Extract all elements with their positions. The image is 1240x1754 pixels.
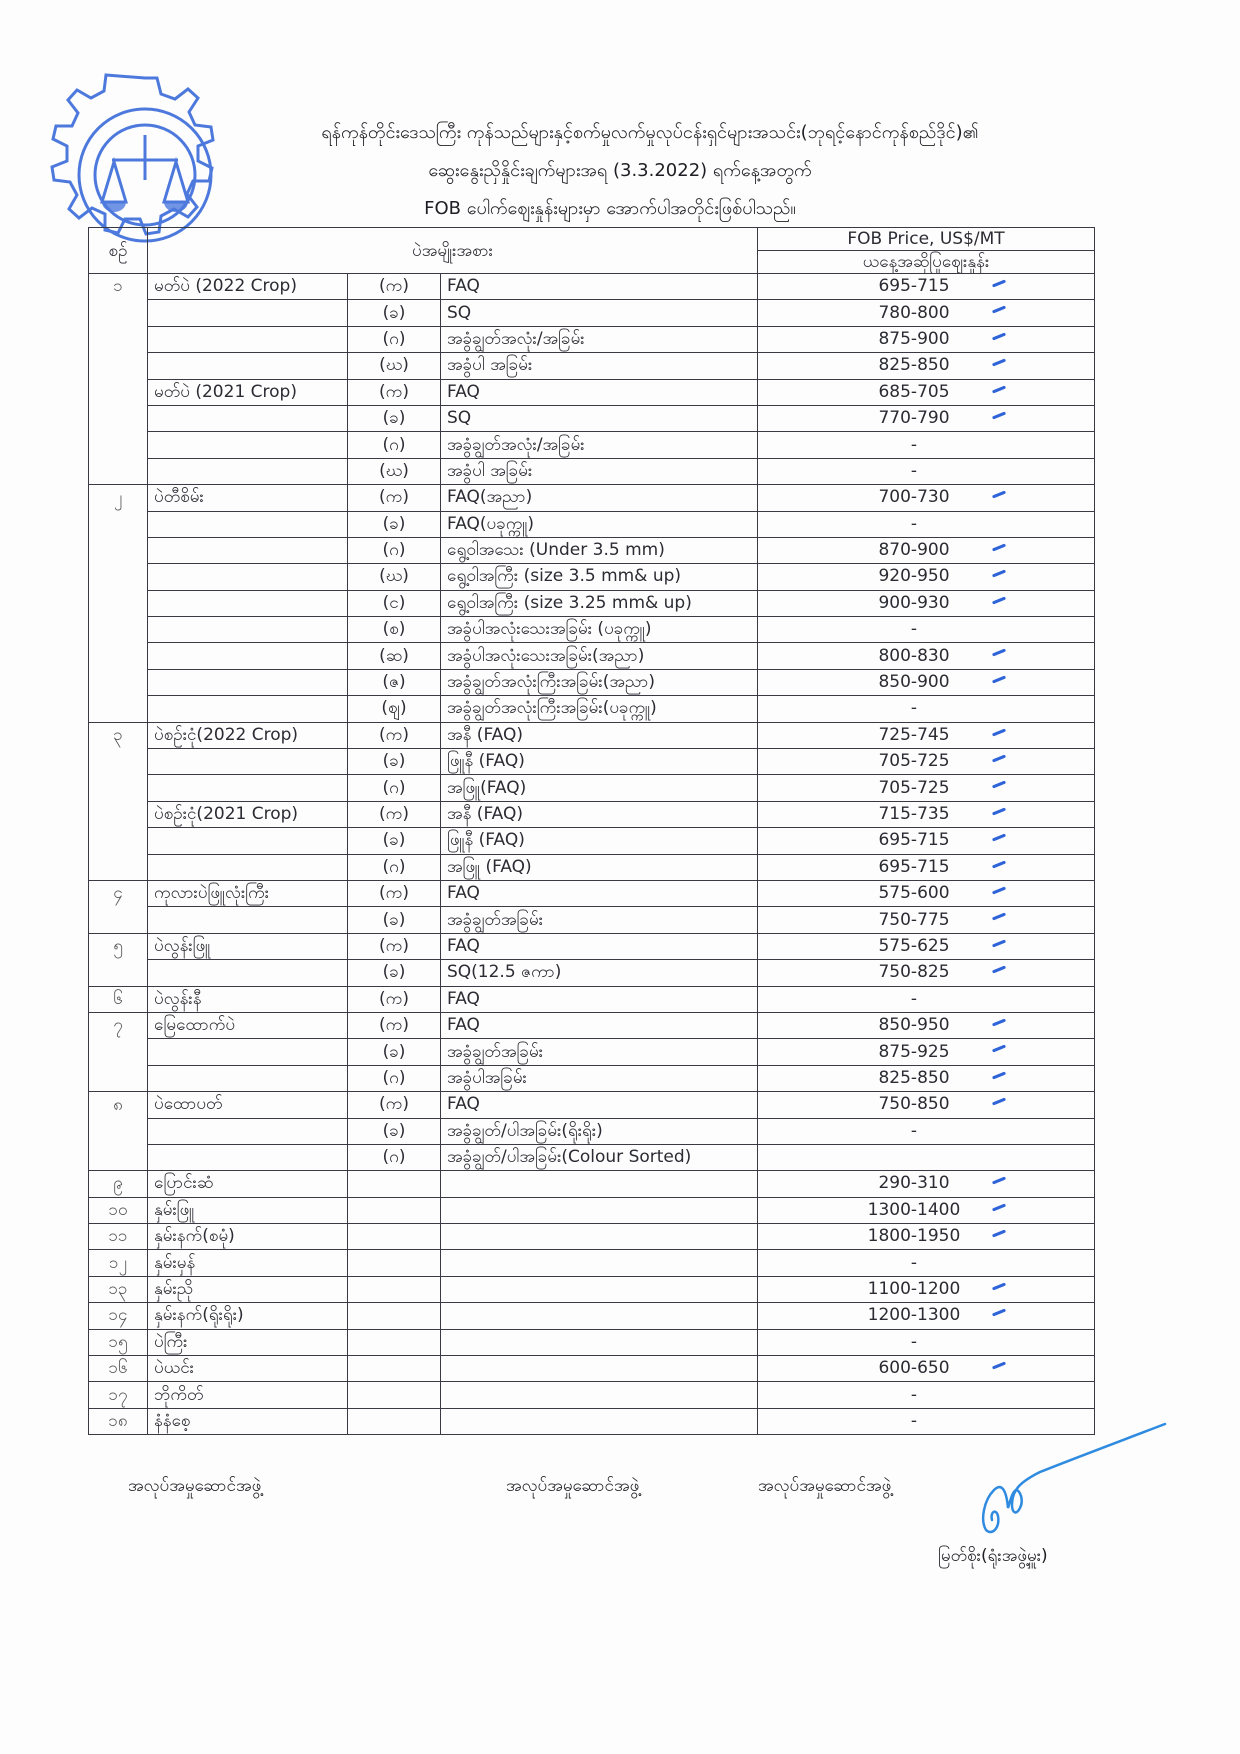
bean-type-cell: ပဲကြီး: [148, 1329, 348, 1355]
table-row: ၈ပဲထောပတ်(က)FAQ750-850: [89, 1092, 1095, 1118]
price-value: 770-790: [878, 408, 949, 428]
serial-no-cell: ၁: [89, 274, 148, 300]
price-value: 875-925: [878, 1042, 949, 1062]
grade-cell: အခွံပါ အခြမ်း: [441, 458, 758, 484]
bean-type-cell: ပဲထောပတ်: [148, 1092, 348, 1118]
price-value: 700-730: [878, 487, 949, 507]
check-mark-icon: [992, 1018, 1006, 1026]
table-row: ၃ပဲစဉ်းငုံ(2022 Crop)(က)အနီ (FAQ)725-745: [89, 722, 1095, 748]
bean-type-cell: [148, 353, 348, 379]
price-cell: 705-725: [758, 749, 1095, 775]
check-mark-icon: [992, 543, 1006, 551]
grade-cell: အခွံပါ အခြမ်း: [441, 353, 758, 379]
serial-no-cell: [89, 1065, 148, 1091]
signatory-label-2: အလုပ်အမှုဆောင်အဖွဲ့: [506, 1475, 639, 1500]
grade-letter-cell: (ခ): [348, 511, 441, 537]
price-cell: 575-600: [758, 880, 1095, 906]
bean-type-cell: ပဲစဉ်းငုံ(2022 Crop): [148, 722, 348, 748]
price-cell: 700-730: [758, 485, 1095, 511]
serial-no-cell: ၁၃: [89, 1276, 148, 1302]
serial-no-cell: [89, 326, 148, 352]
price-cell: 1100-1200: [758, 1276, 1095, 1302]
serial-no-cell: [89, 1118, 148, 1144]
bean-type-cell: ဘိုကိတ်: [148, 1382, 348, 1408]
bean-type-cell: [148, 458, 348, 484]
table-row: (ဂ)အခွံချွတ်/ပါအခြမ်း(Colour Sorted): [89, 1144, 1095, 1170]
grade-cell: SQ: [441, 300, 758, 326]
grade-letter-cell: [348, 1224, 441, 1250]
price-cell: -: [758, 1250, 1095, 1276]
table-body: ၁မတ်ပဲ (2022 Crop)(က)FAQ695-715(ခ)SQ780-…: [89, 274, 1095, 1435]
grade-letter-cell: [348, 1250, 441, 1276]
price-cell: 875-925: [758, 1039, 1095, 1065]
table-row: (ဃ)ရွေ့ဝါအကြီး (size 3.5 mm& up)920-950: [89, 564, 1095, 590]
serial-no-cell: ၇: [89, 1012, 148, 1038]
grade-letter-cell: (က): [348, 274, 441, 300]
grade-letter-cell: [348, 1197, 441, 1223]
grade-cell: ဖြူနီ (FAQ): [441, 828, 758, 854]
price-cell: 850-950: [758, 1012, 1095, 1038]
grade-cell: အခွံချွတ်အခြမ်း: [441, 907, 758, 933]
serial-no-cell: [89, 564, 148, 590]
check-mark-icon: [992, 1045, 1006, 1053]
grade-cell: အခွံချွတ်အလုံးကြီးအခြမ်း(အညာ): [441, 669, 758, 695]
table-row: (ခ)အခွံချွတ်အခြမ်း875-925: [89, 1039, 1095, 1065]
grade-cell: SQ: [441, 405, 758, 431]
price-cell: -: [758, 432, 1095, 458]
grade-letter-cell: (ဂ): [348, 854, 441, 880]
bean-type-cell: [148, 643, 348, 669]
price-value: 825-850: [878, 1068, 949, 1088]
serial-no-cell: [89, 353, 148, 379]
bean-type-cell: [148, 854, 348, 880]
table-row: (ဃ)အခွံပါ အခြမ်း-: [89, 458, 1095, 484]
table-row: ၁၃နှမ်းညို1100-1200: [89, 1276, 1095, 1302]
grade-letter-cell: (င): [348, 590, 441, 616]
price-cell: -: [758, 1118, 1095, 1144]
check-mark-icon: [992, 411, 1006, 419]
price-value: 900-930: [878, 593, 949, 613]
table-row: (ခ)SQ770-790: [89, 405, 1095, 431]
price-cell: 575-625: [758, 933, 1095, 959]
price-cell: 725-745: [758, 722, 1095, 748]
grade-cell: အခွံချွတ်အလုံး/အခြမ်း: [441, 432, 758, 458]
price-cell: -: [758, 1329, 1095, 1355]
check-mark-icon: [992, 939, 1006, 947]
price-value: 750-825: [878, 962, 949, 982]
serial-no-cell: [89, 300, 148, 326]
table-row: ၉ပြောင်းဆံ290-310: [89, 1171, 1095, 1197]
table-row: (ဂ)အခွံချွတ်အလုံး/အခြမ်း875-900: [89, 326, 1095, 352]
grade-letter-cell: (က): [348, 485, 441, 511]
grade-cell: အဖြူ(FAQ): [441, 775, 758, 801]
check-mark-icon: [992, 755, 1006, 763]
table-row: (ဂ)ရွေ့ဝါအသေး (Under 3.5 mm)870-900: [89, 537, 1095, 563]
serial-no-cell: [89, 590, 148, 616]
table-row: (စ)အခွံပါအလုံးသေးအခြမ်း (ပခုက္ကူ)-: [89, 617, 1095, 643]
grade-letter-cell: (ခ): [348, 960, 441, 986]
serial-no-cell: [89, 379, 148, 405]
table-row: (ဆ)အခွံပါအလုံးသေးအခြမ်း(အညာ)800-830: [89, 643, 1095, 669]
check-mark-icon: [992, 596, 1006, 604]
grade-letter-cell: (က): [348, 880, 441, 906]
bean-type-cell: ပဲလွန်းဖြူ: [148, 933, 348, 959]
check-mark-icon: [992, 385, 1006, 393]
grade-cell: ရွေ့ဝါအကြီး (size 3.25 mm& up): [441, 590, 758, 616]
check-mark-icon: [992, 649, 1006, 657]
document-title-line-2: ဆွေးနွေးညှိနှိုင်းချက်များအရ (3.3.2022) …: [0, 158, 1240, 185]
table-row: (ဂ)အဖြူ (FAQ)695-715: [89, 854, 1095, 880]
table-row: (ခ)ဖြူနီ (FAQ)705-725: [89, 749, 1095, 775]
table-row: ၁၀နှမ်းဖြူ1300-1400: [89, 1197, 1095, 1223]
grade-cell: [441, 1303, 758, 1329]
price-cell: 900-930: [758, 590, 1095, 616]
serial-no-cell: ၁၄: [89, 1303, 148, 1329]
grade-letter-cell: (က): [348, 722, 441, 748]
grade-letter-cell: (ဃ): [348, 564, 441, 590]
price-cell: 850-900: [758, 669, 1095, 695]
check-mark-icon: [992, 491, 1006, 499]
price-cell: 825-850: [758, 1065, 1095, 1091]
check-mark-icon: [992, 834, 1006, 842]
table-row: ၂ပဲတီစိမ်း(က)FAQ(အညာ)700-730: [89, 485, 1095, 511]
check-mark-icon: [992, 279, 1006, 287]
bean-type-cell: [148, 537, 348, 563]
bean-type-cell: [148, 828, 348, 854]
bean-type-cell: ပဲစဉ်းငုံ(2021 Crop): [148, 801, 348, 827]
serial-no-cell: ၄: [89, 880, 148, 906]
price-value: 1800-1950: [868, 1226, 961, 1246]
grade-letter-cell: (ခ): [348, 749, 441, 775]
grade-cell: ရွေ့ဝါအကြီး (size 3.5 mm& up): [441, 564, 758, 590]
serial-no-cell: [89, 696, 148, 722]
price-value: 825-850: [878, 355, 949, 375]
grade-letter-cell: [348, 1171, 441, 1197]
grade-cell: အခွံပါအခြမ်း: [441, 1065, 758, 1091]
grade-letter-cell: [348, 1303, 441, 1329]
price-value: 695-715: [878, 857, 949, 877]
serial-no-cell: [89, 907, 148, 933]
grade-letter-cell: (က): [348, 1012, 441, 1038]
grade-letter-cell: (ခ): [348, 907, 441, 933]
bean-type-cell: [148, 564, 348, 590]
grade-cell: အခွံချွတ်အခြမ်း: [441, 1039, 758, 1065]
serial-no-cell: [89, 749, 148, 775]
price-value: 575-600: [878, 883, 949, 903]
grade-cell: ဖြူနီ (FAQ): [441, 749, 758, 775]
bean-type-cell: [148, 432, 348, 458]
serial-no-cell: ၉: [89, 1171, 148, 1197]
price-cell: -: [758, 696, 1095, 722]
price-value: -: [911, 461, 917, 481]
fob-price-table: စဉ် ပဲအမျိုးအစား FOB Price, US$/MT ယနေ့အ…: [88, 227, 1095, 1435]
price-cell: 1800-1950: [758, 1224, 1095, 1250]
serial-no-cell: [89, 775, 148, 801]
check-mark-icon: [992, 332, 1006, 340]
price-value: -: [911, 989, 917, 1009]
header-fob-price: FOB Price, US$/MT: [758, 228, 1095, 251]
grade-letter-cell: (ခ): [348, 828, 441, 854]
bean-type-cell: ကုလားပဲဖြူလုံးကြီး: [148, 880, 348, 906]
price-cell: 1300-1400: [758, 1197, 1095, 1223]
table-row: (ဇ)အခွံချွတ်အလုံးကြီးအခြမ်း(အညာ)850-900: [89, 669, 1095, 695]
price-cell: 695-715: [758, 274, 1095, 300]
grade-cell: FAQ: [441, 379, 758, 405]
bean-type-cell: ပြောင်းဆံ: [148, 1171, 348, 1197]
serial-no-cell: ၃: [89, 722, 148, 748]
grade-cell: FAQ: [441, 1012, 758, 1038]
price-value: 875-900: [878, 329, 949, 349]
table-row: ၁မတ်ပဲ (2022 Crop)(က)FAQ695-715: [89, 274, 1095, 300]
table-row: ၁၅ပဲကြီး-: [89, 1329, 1095, 1355]
price-value: -: [911, 1121, 917, 1141]
serial-no-cell: [89, 537, 148, 563]
grade-letter-cell: (ဂ): [348, 775, 441, 801]
grade-cell: အနီ (FAQ): [441, 722, 758, 748]
price-value: 850-900: [878, 672, 949, 692]
grade-letter-cell: (ဃ): [348, 458, 441, 484]
price-value: 850-950: [878, 1015, 949, 1035]
grade-letter-cell: (ဂ): [348, 1065, 441, 1091]
grade-cell: ရွေ့ဝါအသေး (Under 3.5 mm): [441, 537, 758, 563]
bean-type-cell: မတ်ပဲ (2021 Crop): [148, 379, 348, 405]
grade-cell: FAQ: [441, 880, 758, 906]
price-cell: 685-705: [758, 379, 1095, 405]
bean-type-cell: [148, 1065, 348, 1091]
bean-type-cell: [148, 617, 348, 643]
bean-type-cell: ပဲလွန်းနီ: [148, 986, 348, 1012]
check-mark-icon: [992, 570, 1006, 578]
bean-type-cell: [148, 511, 348, 537]
check-mark-icon: [992, 1230, 1006, 1238]
grade-letter-cell: (ခ): [348, 1118, 441, 1144]
price-value: 870-900: [878, 540, 949, 560]
price-value: 1200-1300: [868, 1305, 961, 1325]
table-row: ၄ကုလားပဲဖြူလုံးကြီး(က)FAQ575-600: [89, 880, 1095, 906]
grade-letter-cell: (က): [348, 986, 441, 1012]
bean-type-cell: [148, 405, 348, 431]
serial-no-cell: ၅: [89, 933, 148, 959]
serial-no-cell: [89, 511, 148, 537]
price-cell: 600-650: [758, 1356, 1095, 1382]
grade-cell: အခွံချွတ်အလုံး/အခြမ်း: [441, 326, 758, 352]
bean-type-cell: မြေထောက်ပဲ: [148, 1012, 348, 1038]
price-cell: 695-715: [758, 854, 1095, 880]
price-value: 725-745: [878, 725, 949, 745]
price-value: 705-725: [878, 751, 949, 771]
grade-letter-cell: [348, 1276, 441, 1302]
serial-no-cell: ၁၂: [89, 1250, 148, 1276]
price-cell: 870-900: [758, 537, 1095, 563]
table-row: ၁၆ပဲယင်း600-650: [89, 1356, 1095, 1382]
price-value: -: [911, 1411, 917, 1431]
grade-letter-cell: (က): [348, 379, 441, 405]
price-cell: 695-715: [758, 828, 1095, 854]
check-mark-icon: [992, 886, 1006, 894]
bean-type-cell: နှမ်းနက်(စမုံ): [148, 1224, 348, 1250]
bean-type-cell: နှမ်းမှန်: [148, 1250, 348, 1276]
check-mark-icon: [992, 1177, 1006, 1185]
grade-letter-cell: (ဂ): [348, 326, 441, 352]
price-value: 685-705: [878, 382, 949, 402]
price-cell: 1200-1300: [758, 1303, 1095, 1329]
grade-cell: SQ(12.5 ဇကာ): [441, 960, 758, 986]
price-cell: -: [758, 511, 1095, 537]
grade-cell: [441, 1276, 758, 1302]
price-cell: 770-790: [758, 405, 1095, 431]
price-cell: -: [758, 986, 1095, 1012]
bean-type-cell: နံနံစေ့: [148, 1408, 348, 1434]
table-header-row-top: စဉ် ပဲအမျိုးအစား FOB Price, US$/MT: [89, 228, 1095, 251]
grade-cell: [441, 1382, 758, 1408]
check-mark-icon: [992, 1071, 1006, 1079]
serial-no-cell: ၈: [89, 1092, 148, 1118]
table-row: (ဈ)အခွံချွတ်အလုံးကြီးအခြမ်း(ပခုက္ကူ)-: [89, 696, 1095, 722]
serial-no-cell: [89, 1039, 148, 1065]
grade-cell: FAQ: [441, 274, 758, 300]
table-row: ၁၂နှမ်းမှန်-: [89, 1250, 1095, 1276]
handwritten-signature-icon: [920, 1390, 1180, 1540]
document-title-line-3: FOB ပေါက်ဈေးနှုန်းများမှာ အောက်ပါအတိုင်း…: [0, 196, 1230, 223]
price-cell: 750-775: [758, 907, 1095, 933]
table-row: ပဲစဉ်းငုံ(2021 Crop)(က)အနီ (FAQ)715-735: [89, 801, 1095, 827]
grade-letter-cell: (ဇ): [348, 669, 441, 695]
grade-letter-cell: (ဂ): [348, 1144, 441, 1170]
serial-no-cell: ၁၆: [89, 1356, 148, 1382]
grade-cell: အခွံပါအလုံးသေးအခြမ်း(အညာ): [441, 643, 758, 669]
serial-no-cell: ၁၇: [89, 1382, 148, 1408]
price-value: -: [911, 514, 917, 534]
grade-cell: [441, 1197, 758, 1223]
serial-no-cell: [89, 960, 148, 986]
grade-cell: [441, 1356, 758, 1382]
price-value: 780-800: [878, 303, 949, 323]
bean-type-cell: [148, 300, 348, 326]
serial-no-cell: [89, 854, 148, 880]
price-value: 1100-1200: [868, 1279, 961, 1299]
grade-letter-cell: (ဃ): [348, 353, 441, 379]
serial-no-cell: ၁၀: [89, 1197, 148, 1223]
bean-type-cell: ပဲယင်း: [148, 1356, 348, 1382]
bean-type-cell: [148, 775, 348, 801]
check-mark-icon: [992, 913, 1006, 921]
table-row: (ဂ)အဖြူ(FAQ)705-725: [89, 775, 1095, 801]
serial-no-cell: [89, 669, 148, 695]
grade-letter-cell: (ခ): [348, 300, 441, 326]
bean-type-cell: [148, 1118, 348, 1144]
grade-letter-cell: [348, 1408, 441, 1434]
price-cell: 920-950: [758, 564, 1095, 590]
grade-letter-cell: (ဈ): [348, 696, 441, 722]
serial-no-cell: [89, 458, 148, 484]
check-mark-icon: [992, 1362, 1006, 1370]
bean-type-cell: [148, 1144, 348, 1170]
grade-cell: အခွံချွတ်/ပါအခြမ်း(ရိုးရိုး): [441, 1118, 758, 1144]
bean-type-cell: နှမ်းဖြူ: [148, 1197, 348, 1223]
serial-no-cell: [89, 1144, 148, 1170]
bean-type-cell: [148, 749, 348, 775]
price-value: -: [911, 435, 917, 455]
table-row: (ဂ)အခွံပါအခြမ်း825-850: [89, 1065, 1095, 1091]
grade-letter-cell: [348, 1382, 441, 1408]
grade-letter-cell: (က): [348, 933, 441, 959]
grade-cell: [441, 1408, 758, 1434]
price-cell: 750-825: [758, 960, 1095, 986]
signatory-label-3: အလုပ်အမှုဆောင်အဖွဲ့: [758, 1475, 891, 1500]
document-title-line-1: ရန်ကုန်တိုင်းဒေသကြီး ကုန်သည်များနှင့်စက်…: [150, 120, 1150, 147]
grade-cell: အခွံပါအလုံးသေးအခြမ်း (ပခုက္ကူ): [441, 617, 758, 643]
check-mark-icon: [992, 966, 1006, 974]
price-cell: 750-850: [758, 1092, 1095, 1118]
price-value: -: [911, 1332, 917, 1352]
serial-no-cell: [89, 801, 148, 827]
price-cell: 290-310: [758, 1171, 1095, 1197]
grade-cell: [441, 1329, 758, 1355]
table-row: (ခ)SQ(12.5 ဇကာ)750-825: [89, 960, 1095, 986]
price-cell: -: [758, 458, 1095, 484]
price-cell: -: [758, 617, 1095, 643]
price-cell: 780-800: [758, 300, 1095, 326]
table-row: (ခ)SQ780-800: [89, 300, 1095, 326]
bean-type-cell: [148, 696, 348, 722]
check-mark-icon: [992, 807, 1006, 815]
grade-cell: အခွံချွတ်/ပါအခြမ်း(Colour Sorted): [441, 1144, 758, 1170]
price-cell: [758, 1144, 1095, 1170]
grade-letter-cell: [348, 1329, 441, 1355]
grade-letter-cell: [348, 1356, 441, 1382]
bean-type-cell: [148, 1039, 348, 1065]
price-cell: 705-725: [758, 775, 1095, 801]
grade-letter-cell: (စ): [348, 617, 441, 643]
grade-cell: [441, 1224, 758, 1250]
check-mark-icon: [992, 675, 1006, 683]
grade-cell: FAQ: [441, 1092, 758, 1118]
check-mark-icon: [992, 860, 1006, 868]
price-value: 290-310: [878, 1173, 949, 1193]
serial-no-cell: [89, 405, 148, 431]
serial-no-cell: [89, 617, 148, 643]
grade-letter-cell: (က): [348, 1092, 441, 1118]
price-value: 600-650: [878, 1358, 949, 1378]
serial-no-cell: [89, 643, 148, 669]
grade-cell: FAQ(အညာ): [441, 485, 758, 511]
bean-type-cell: [148, 907, 348, 933]
price-value: -: [911, 619, 917, 639]
price-value: 800-830: [878, 646, 949, 666]
bean-type-cell: [148, 960, 348, 986]
price-cell: 875-900: [758, 326, 1095, 352]
serial-no-cell: ၂: [89, 485, 148, 511]
price-value: -: [911, 1385, 917, 1405]
price-value: 1300-1400: [868, 1200, 961, 1220]
grade-cell: FAQ(ပခုက္ကူ): [441, 511, 758, 537]
price-value: 750-850: [878, 1094, 949, 1114]
serial-no-cell: ၁၅: [89, 1329, 148, 1355]
check-mark-icon: [992, 1282, 1006, 1290]
table-row: ၆ပဲလွန်းနီ(က)FAQ-: [89, 986, 1095, 1012]
signer-name: မြတ်စိုး(ရုံးအဖွဲ့မှူး): [938, 1545, 1048, 1570]
price-value: 695-715: [878, 276, 949, 296]
price-value: -: [911, 698, 917, 718]
bean-type-cell: [148, 590, 348, 616]
table-row: ၇မြေထောက်ပဲ(က)FAQ850-950: [89, 1012, 1095, 1038]
bean-type-cell: [148, 669, 348, 695]
serial-no-cell: ၆: [89, 986, 148, 1012]
price-value: 715-735: [878, 804, 949, 824]
price-value: 750-775: [878, 910, 949, 930]
serial-no-cell: [89, 828, 148, 854]
grade-letter-cell: (က): [348, 801, 441, 827]
